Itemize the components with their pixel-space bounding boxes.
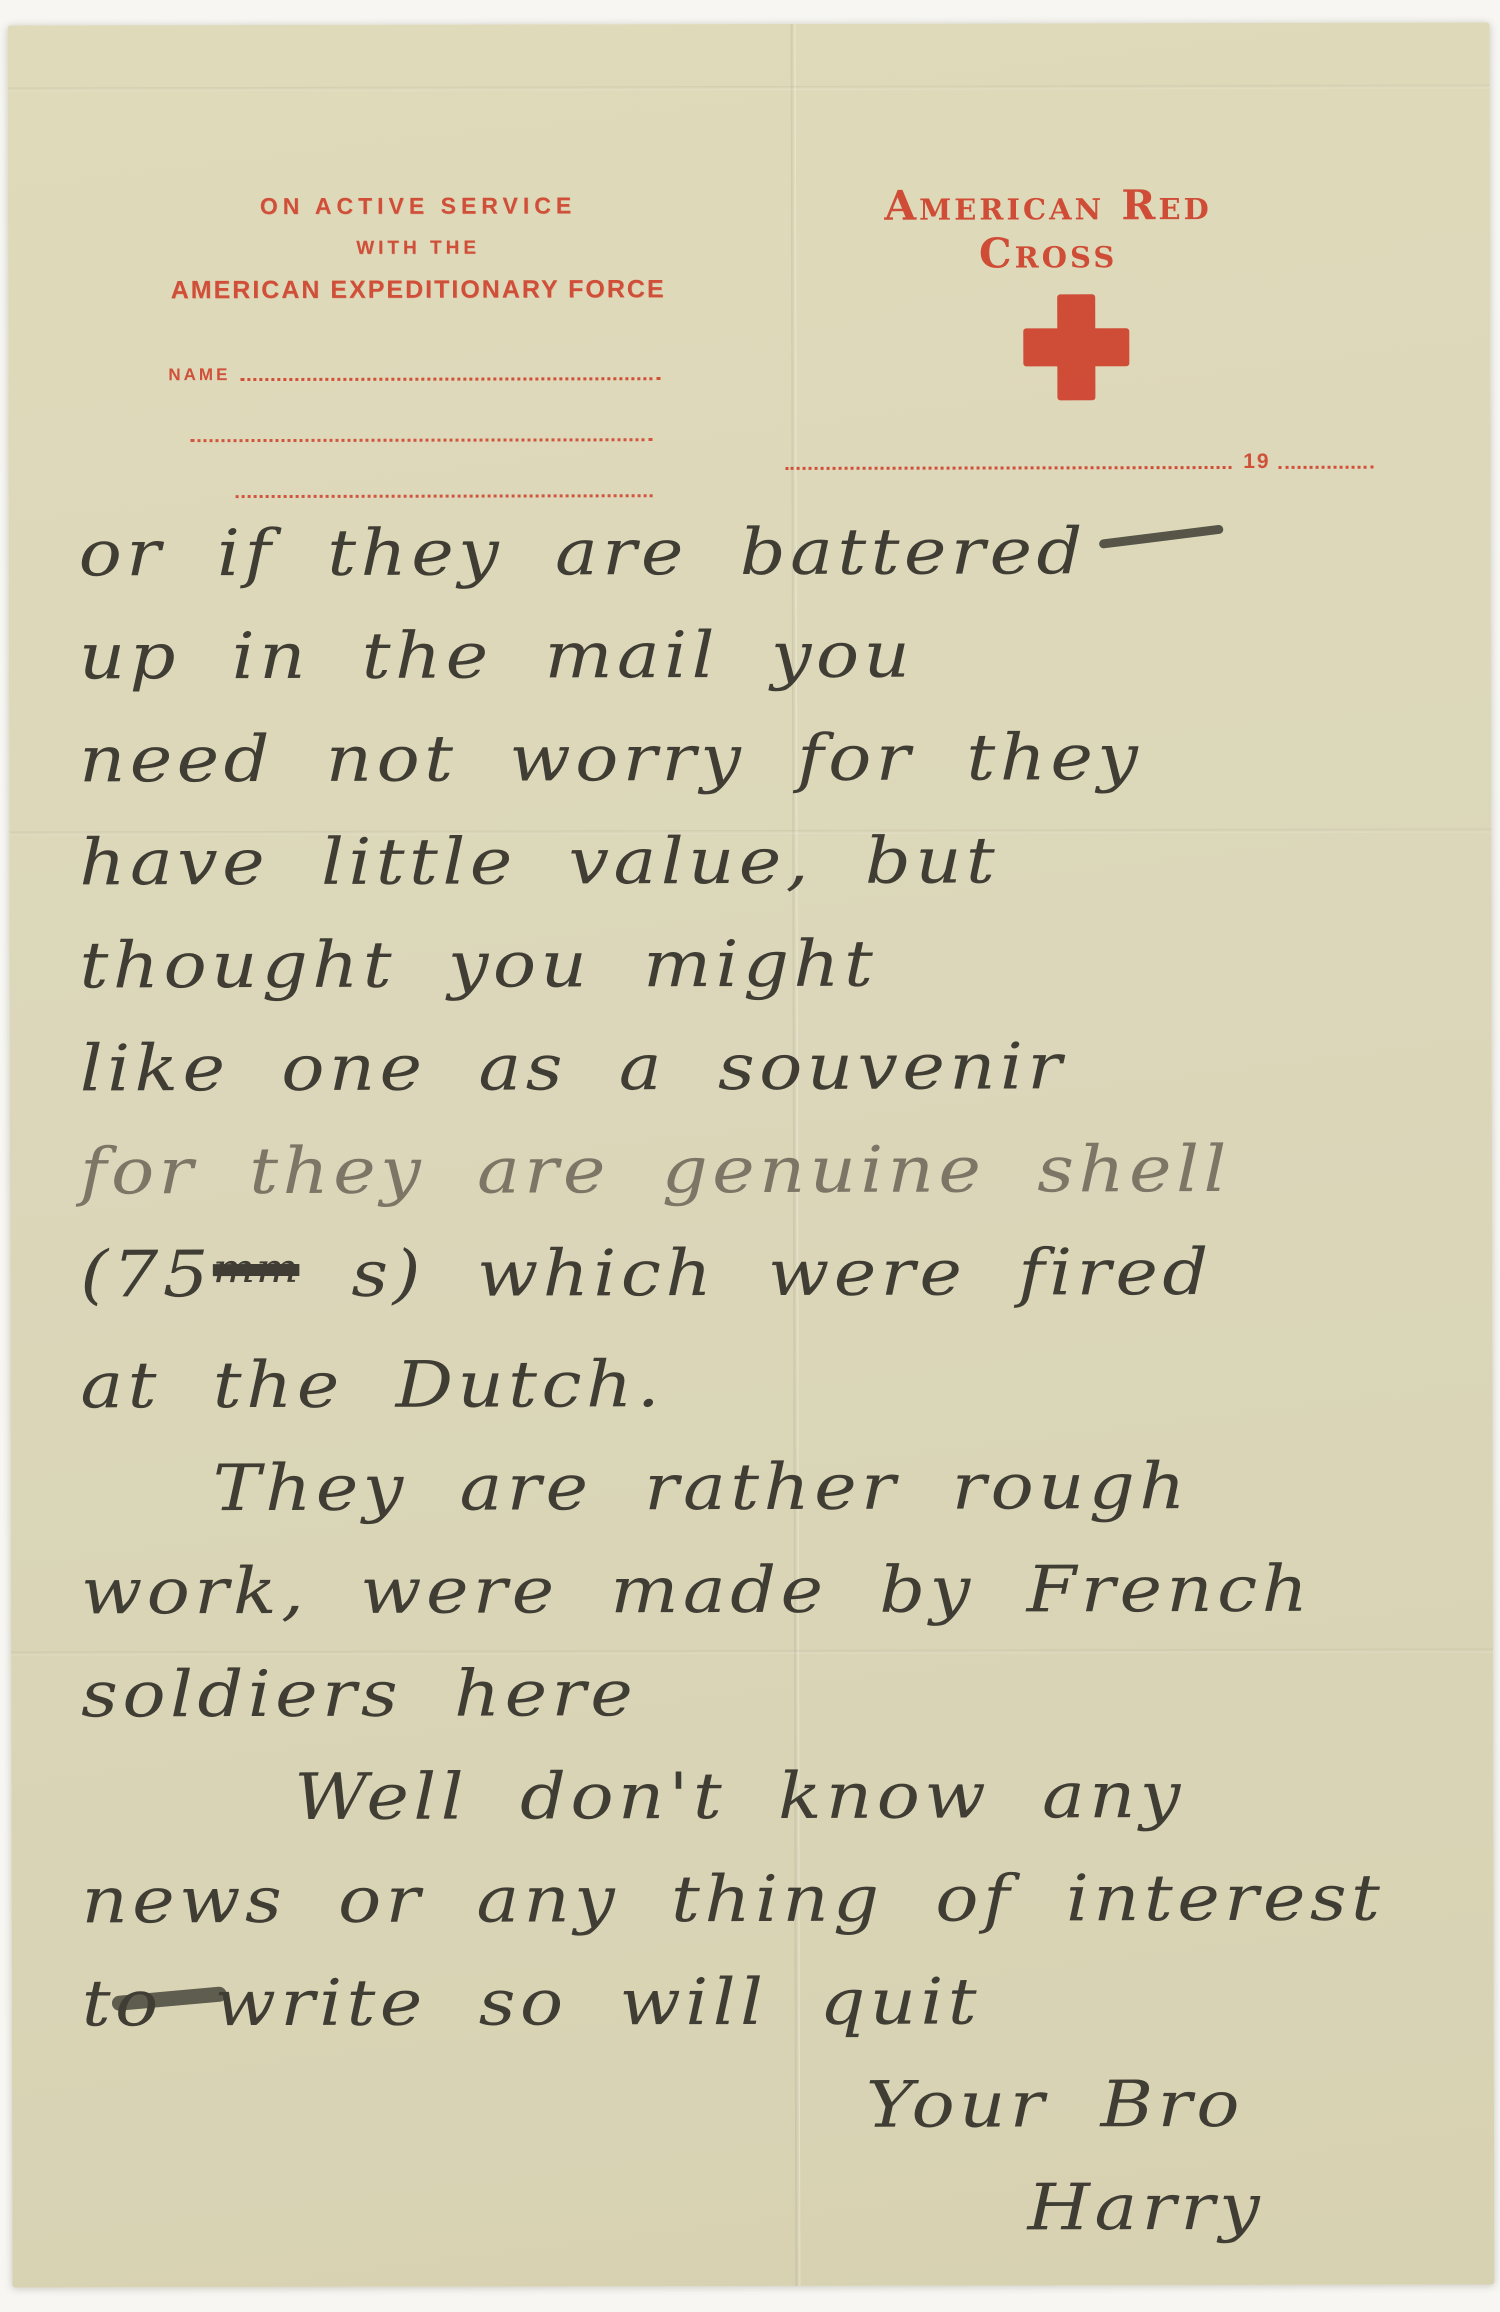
handwritten-line: Well don't know any <box>81 1744 1500 1850</box>
handwritten-line: soldiers here <box>81 1641 1500 1747</box>
handwritten-line: work, were made by French <box>81 1538 1500 1644</box>
handwritten-line: thought you might <box>79 912 1500 1018</box>
horizontal-fold-crease <box>8 84 1490 91</box>
blank-dotted-line-2 <box>236 494 653 498</box>
handwritten-line: up in the mail you <box>79 603 1500 709</box>
handwritten-line: to write so will quit <box>82 1950 1500 2056</box>
date-line-row: 19 <box>786 444 1374 475</box>
handwritten-line: Harry <box>82 2156 1500 2262</box>
handwritten-line: have little value, but <box>79 809 1500 915</box>
handwritten-letter-body: or if they are batteredup in the mail yo… <box>79 501 1453 2263</box>
with-the-text: WITH THE <box>168 237 668 260</box>
red-cross-icon <box>1023 294 1129 400</box>
handwritten-line: need not worry for they <box>79 706 1500 812</box>
on-active-service-text: ON ACTIVE SERVICE <box>168 192 668 220</box>
handwritten-line: at the Dutch. <box>80 1332 1500 1438</box>
year-prefix-label: 19 <box>1243 450 1270 474</box>
handwritten-line: for they are genuine shell <box>80 1118 1500 1224</box>
name-field-row: NAME <box>168 358 660 385</box>
blank-dotted-line-1 <box>190 438 652 442</box>
red-cross-icon-horizontal-bar <box>1023 328 1129 366</box>
name-dotted-line <box>240 377 660 381</box>
name-label: NAME <box>168 365 240 385</box>
handwritten-line: or if they are battered <box>79 500 1500 606</box>
date-dotted-line <box>786 466 1232 470</box>
photo-backdrop: ON ACTIVE SERVICE WITH THE AMERICAN EXPE… <box>0 0 1500 2312</box>
letter-paper: ON ACTIVE SERVICE WITH THE AMERICAN EXPE… <box>8 22 1495 2287</box>
aef-text: AMERICAN EXPEDITIONARY FORCE <box>168 275 668 305</box>
handwritten-line: (75mm s) which were fired <box>80 1221 1500 1335</box>
handwritten-line: news or any thing of interest <box>81 1847 1500 1953</box>
handwritten-line: like one as a souvenir <box>80 1015 1500 1121</box>
letterhead-left-block: ON ACTIVE SERVICE WITH THE AMERICAN EXPE… <box>168 192 668 305</box>
year-dotted-line <box>1279 466 1374 469</box>
american-red-cross-title: American Red Cross <box>808 181 1288 278</box>
struck-out-text: mm <box>213 1246 300 1292</box>
handwritten-line: They are rather rough <box>81 1435 1500 1541</box>
handwritten-line: Your Bro <box>82 2053 1500 2159</box>
